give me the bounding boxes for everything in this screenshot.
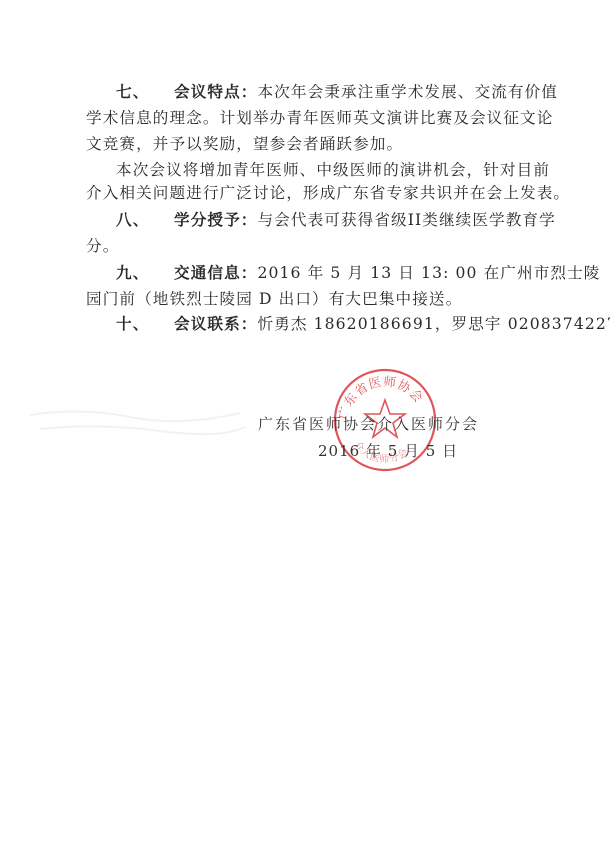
signature-organization: 广东省医师协会介入医师分会: [258, 414, 479, 434]
bleed-through-marks: [20, 395, 250, 445]
section-8-label: 学分授予：: [174, 211, 257, 229]
section-7-label: 会议特点：: [174, 83, 257, 101]
section-9-line-1: 九、交通信息：2016 年 5 月 13 日 13: 00 在广州市烈士陵: [86, 263, 546, 283]
section-8-line-1: 八、学分授予：与会代表可获得省级II类继续医学教育学: [86, 210, 546, 230]
section-7-paragraph2-line-2: 介入相关问题进行广泛讨论，形成广东省专家共识并在会上发表。: [86, 183, 546, 203]
section-9-number: 九、: [116, 263, 174, 283]
section-7-line-3: 文竞赛，并予以奖励，望参会者踊跃参加。: [86, 134, 546, 154]
section-7-line-2: 学术信息的理念。计划举办青年医师英文演讲比赛及会议征文论: [86, 108, 546, 128]
section-7-text-1: 本次年会秉承注重学术发展、交流有价值: [257, 83, 558, 101]
section-7-line-1: 七、会议特点：本次年会秉承注重学术发展、交流有价值: [86, 82, 546, 102]
section-10-number: 十、: [116, 314, 174, 334]
section-9-text-1: 2016 年 5 月 13 日 13: 00 在广州市烈士陵: [257, 264, 600, 282]
section-8-line-2: 分。: [86, 236, 546, 256]
section-9-line-2: 园门前（地铁烈士陵园 D 出口）有大巴集中接送。: [86, 289, 546, 309]
section-10-text-1: 忻勇杰 18620186691，罗思宇 02083742270。: [257, 315, 610, 333]
section-8-number: 八、: [116, 210, 174, 230]
section-10-label: 会议联系：: [174, 315, 257, 333]
section-7-number: 七、: [116, 82, 174, 102]
section-8-text-1: 与会代表可获得省级II类继续医学教育学: [257, 211, 555, 229]
section-7-paragraph2-line-1: 本次会议将增加青年医师、中级医师的演讲机会，针对目前: [116, 160, 576, 180]
document-page: 七、会议特点：本次年会秉承注重学术发展、交流有价值 学术信息的理念。计划举办青年…: [0, 0, 610, 862]
section-10-line-1: 十、会议联系：忻勇杰 18620186691，罗思宇 02083742270。: [86, 314, 546, 334]
section-9-label: 交通信息：: [174, 264, 257, 282]
signature-date: 2016 年 5 月 5 日: [318, 441, 458, 461]
